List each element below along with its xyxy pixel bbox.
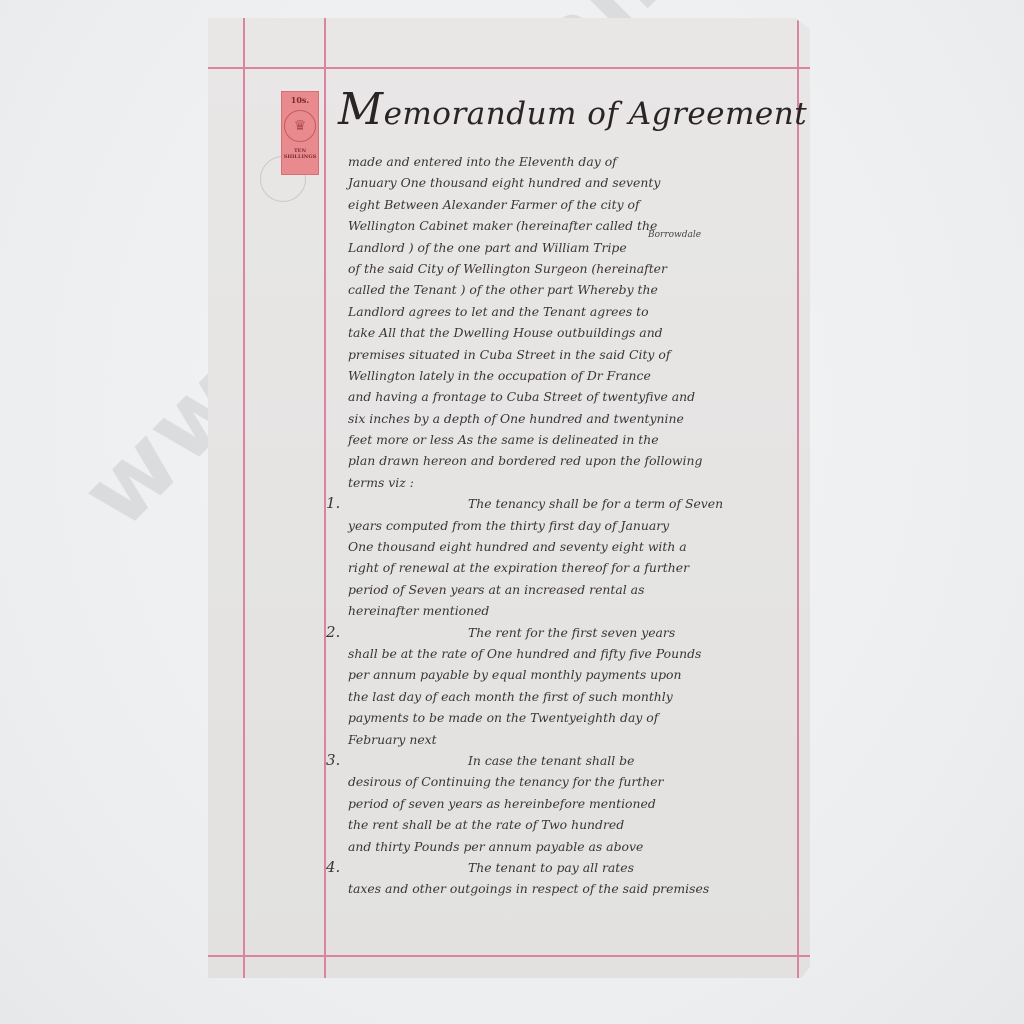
outer-left-margin-rule xyxy=(243,18,245,978)
preamble-line: Landlord agrees to let and the Tenant ag… xyxy=(348,301,803,322)
preamble-line: plan drawn hereon and bordered red upon … xyxy=(348,450,803,471)
preamble-line: Wellington lately in the occupation of D… xyxy=(348,365,803,386)
clause-3-line: the rent shall be at the rate of Two hun… xyxy=(348,814,803,835)
clause-4-line: 4. The tenant to pay all rates xyxy=(348,857,803,878)
clause-1-line: years computed from the thirty first day… xyxy=(348,515,803,536)
clause-2-line: the last day of each month the first of … xyxy=(348,686,803,707)
preamble-line: of the said City of Wellington Surgeon (… xyxy=(348,258,803,279)
preamble-line: made and entered into the Eleventh day o… xyxy=(348,151,803,172)
preamble-line-text: Wellington Cabinet maker (hereinafter ca… xyxy=(348,218,657,233)
top-margin-rule xyxy=(208,67,810,69)
clause-3-line: 3. In case the tenant shall be xyxy=(348,750,803,771)
stamp-denomination-line-2: SHILLINGS xyxy=(284,154,317,160)
clause-number: 3. xyxy=(326,750,340,771)
bottom-margin-rule xyxy=(208,955,810,957)
clause-1-line: One thousand eight hundred and seventy e… xyxy=(348,536,803,557)
preamble-line: premises situated in Cuba Street in the … xyxy=(348,344,803,365)
clause-2-line: February next xyxy=(348,729,803,750)
clause-3-line: desirous of Continuing the tenancy for t… xyxy=(348,771,803,792)
document-page: 10s. ♛ TEN SHILLINGS Memorandum of Agree… xyxy=(208,18,810,978)
queen-portrait-icon: ♛ xyxy=(284,110,316,142)
preamble-line: terms viz : xyxy=(348,472,803,493)
clause-2-line: per annum payable by equal monthly payme… xyxy=(348,664,803,685)
clause-1-line: hereinafter mentioned xyxy=(348,600,803,621)
clause-2-line: payments to be made on the Twentyeighth … xyxy=(348,707,803,728)
preamble-line: six inches by a depth of One hundred and… xyxy=(348,408,803,429)
preamble-line: called the Tenant ) of the other part Wh… xyxy=(348,279,803,300)
clause-text: The tenancy shall be for a term of Seven xyxy=(468,496,723,511)
clause-2-line: 2. The rent for the first seven years xyxy=(348,622,803,643)
clause-3-line: period of seven years as hereinbefore me… xyxy=(348,793,803,814)
preamble-line: Wellington Cabinet maker (hereinafter ca… xyxy=(348,215,803,236)
preamble-line: Landlord ) of the one part and William T… xyxy=(348,237,803,258)
stamp-denomination: TEN SHILLINGS xyxy=(284,148,317,160)
clause-1-line: right of renewal at the expiration there… xyxy=(348,557,803,578)
clause-number: 4. xyxy=(326,857,340,878)
clause-1-line: period of Seven years at an increased re… xyxy=(348,579,803,600)
title-initial: M xyxy=(338,84,384,135)
clause-4-line: taxes and other outgoings in respect of … xyxy=(348,878,803,899)
clause-number: 1. xyxy=(326,493,340,514)
preamble-line: January One thousand eight hundred and s… xyxy=(348,172,803,193)
clause-text: The tenant to pay all rates xyxy=(468,860,634,875)
stamp-value: 10s. xyxy=(291,95,309,105)
clause-3-line: and thirty Pounds per annum payable as a… xyxy=(348,836,803,857)
clause-text: The rent for the first seven years xyxy=(468,625,675,640)
preamble-line: take All that the Dwelling House outbuil… xyxy=(348,322,803,343)
preamble-line: eight Between Alexander Farmer of the ci… xyxy=(348,194,803,215)
clause-text: In case the tenant shall be xyxy=(468,753,634,768)
document-title: Memorandum of Agreement xyxy=(338,84,807,135)
title-rest: emorandum of Agreement xyxy=(384,96,808,132)
clause-number: 2. xyxy=(326,622,340,643)
clause-2-line: shall be at the rate of One hundred and … xyxy=(348,643,803,664)
preamble-line: and having a frontage to Cuba Street of … xyxy=(348,386,803,407)
clause-1-line: 1. The tenancy shall be for a term of Se… xyxy=(348,493,803,514)
agreement-body: made and entered into the Eleventh day o… xyxy=(348,151,803,900)
revenue-stamp: 10s. ♛ TEN SHILLINGS xyxy=(281,91,319,175)
preamble-line: feet more or less As the same is delinea… xyxy=(348,429,803,450)
